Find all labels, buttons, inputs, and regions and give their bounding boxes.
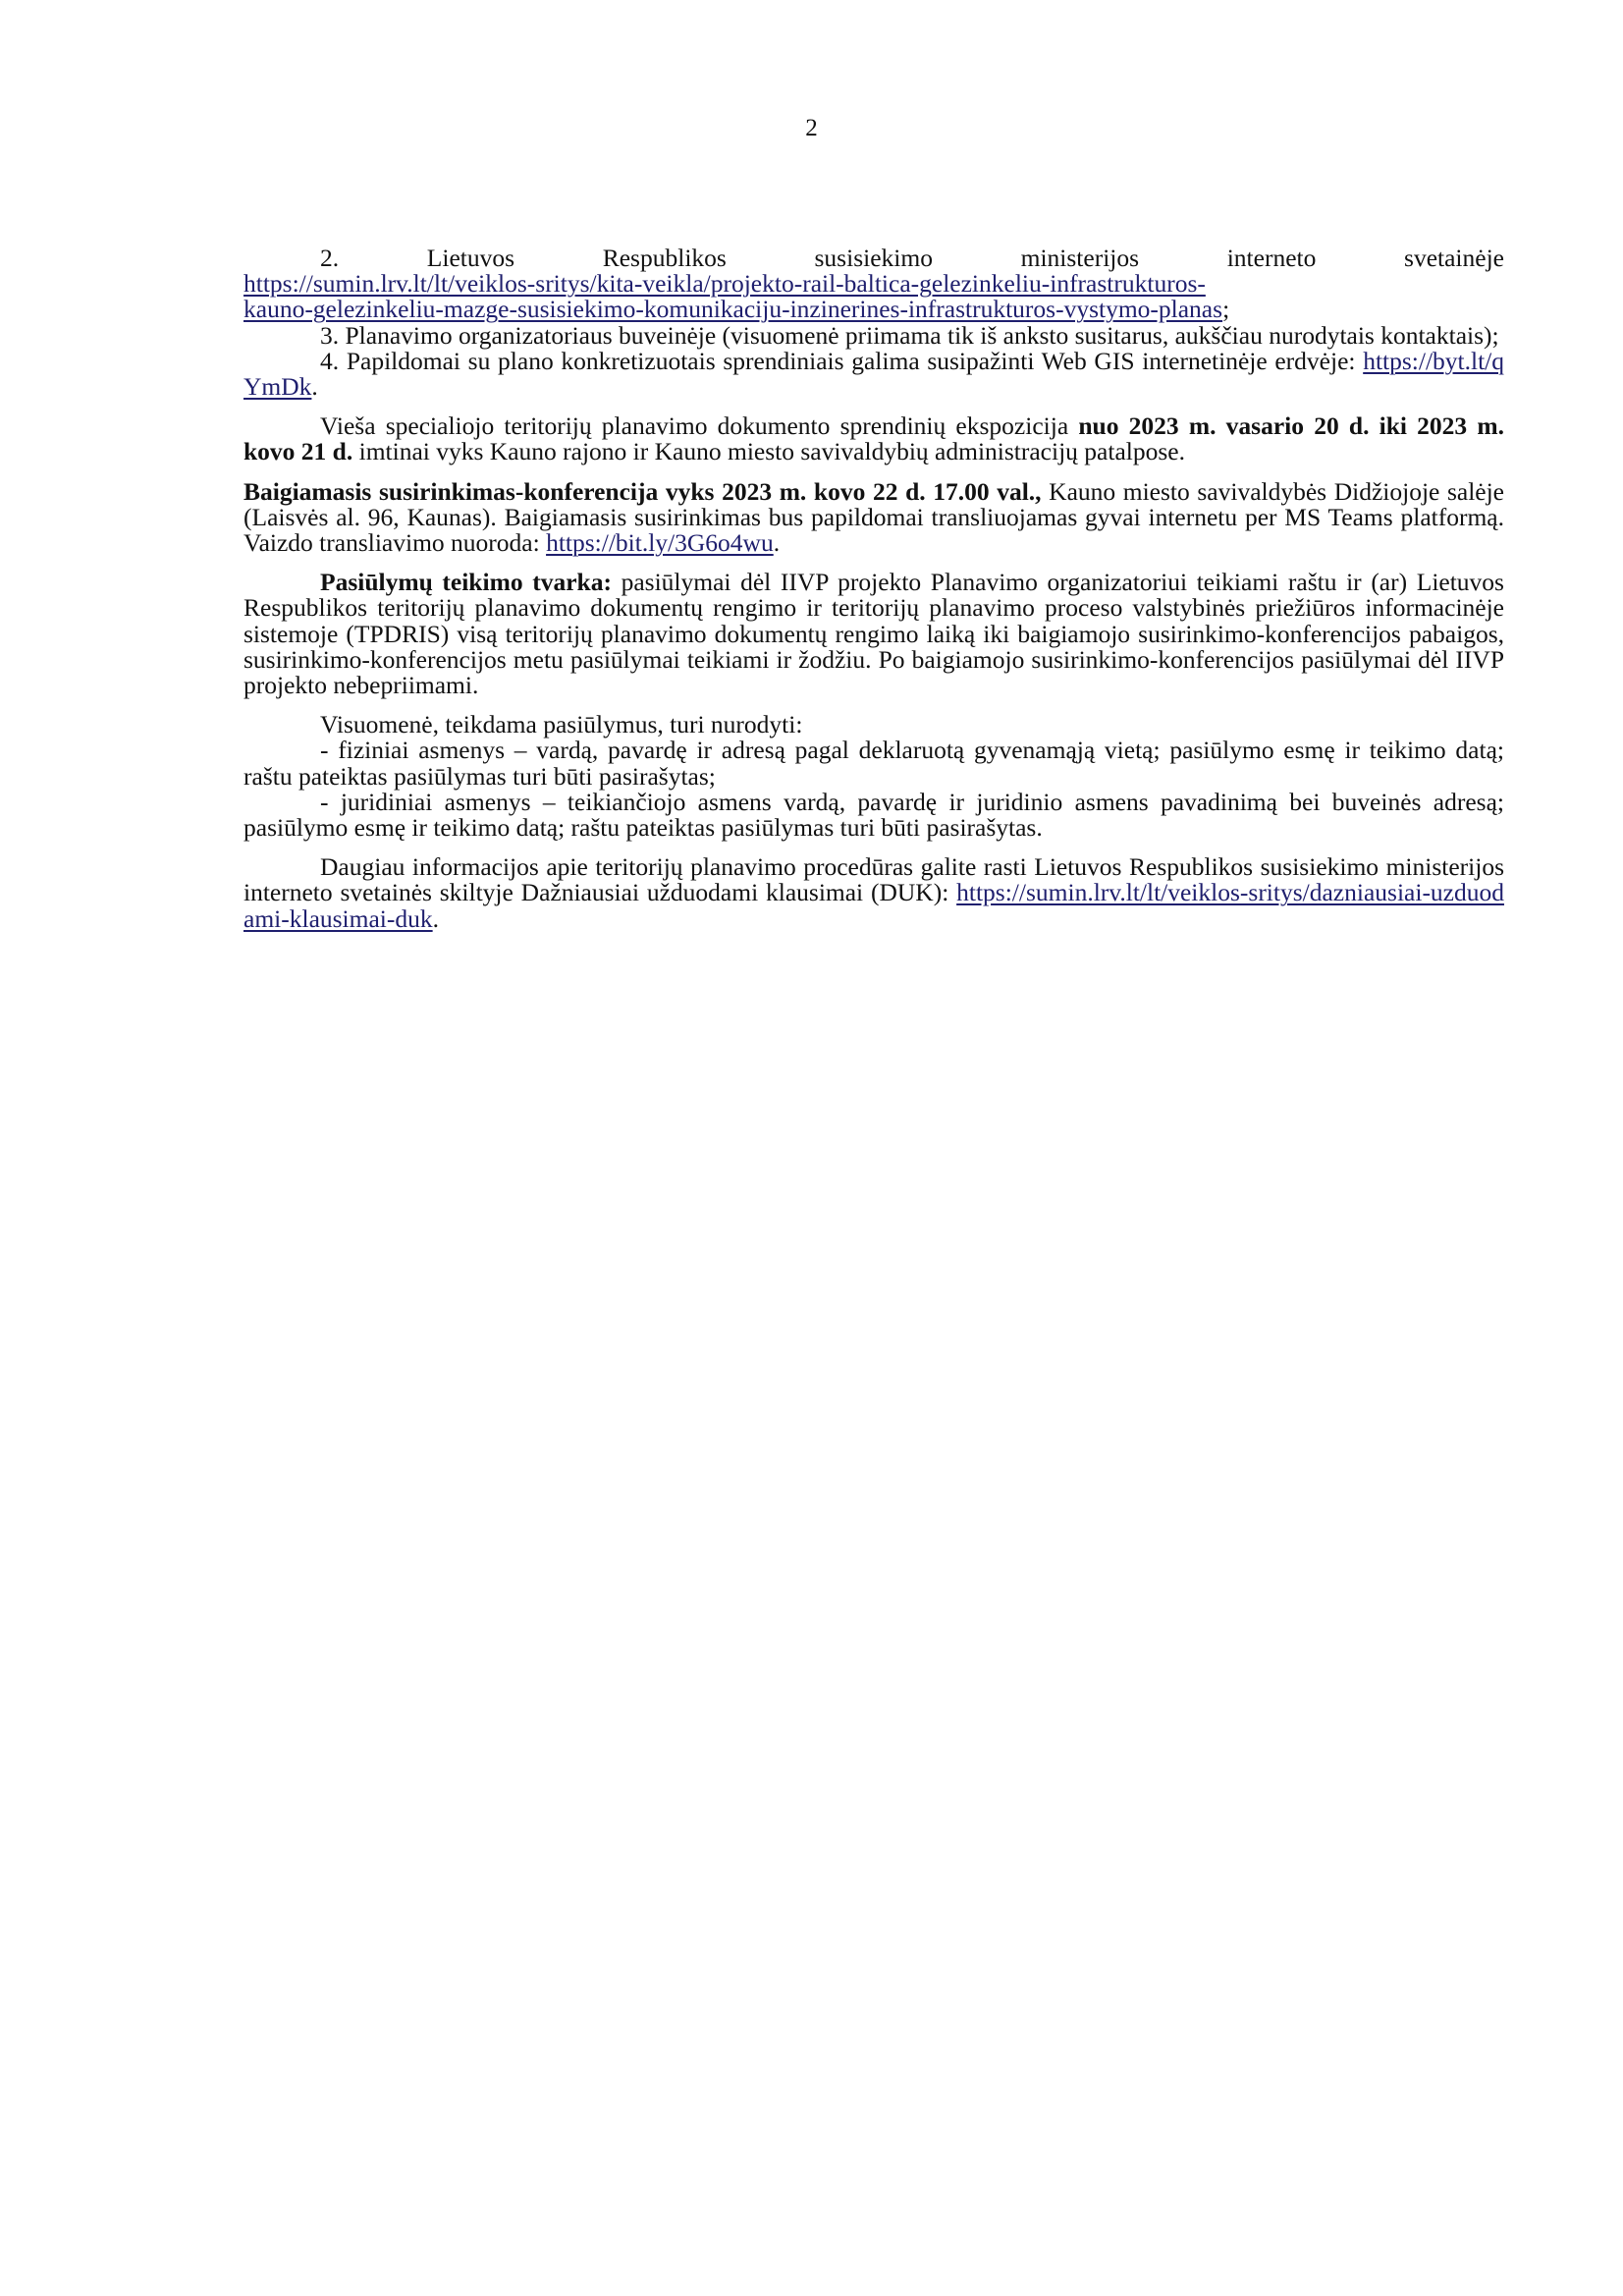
document-body: 2. Lietuvos Respublikos susisiekimo mini… bbox=[243, 246, 1504, 932]
list-item-2-suffix: ; bbox=[1222, 295, 1229, 323]
more-info-paragraph: Daugiau informacijos apie teritorijų pla… bbox=[243, 854, 1504, 932]
list-item-4-text: 4. Papildomai su plano konkretizuotais s… bbox=[320, 347, 1363, 375]
requirements-legal-entities: - juridiniai asmenys – teikiančiojo asme… bbox=[243, 790, 1504, 841]
list-item-4: 4. Papildomai su plano konkretizuotais s… bbox=[243, 349, 1504, 400]
list-item-4-suffix: . bbox=[311, 372, 317, 401]
requirements-individuals: - fiziniai asmenys – vardą, pavardę ir a… bbox=[243, 738, 1504, 789]
proposals-paragraph: Pasiūlymų teikimo tvarka: pasiūlymai dėl… bbox=[243, 570, 1504, 698]
requirements-intro: Visuomenė, teikdama pasiūlymus, turi nur… bbox=[243, 712, 1504, 738]
exposition-paragraph: Vieša specialiojo teritorijų planavimo d… bbox=[243, 413, 1504, 465]
ministry-project-link[interactable]: https://sumin.lrv.lt/lt/veiklos-sritys/k… bbox=[243, 269, 1222, 323]
proposals-heading: Pasiūlymų teikimo tvarka: bbox=[320, 568, 612, 596]
exposition-lead: Vieša specialiojo teritorijų planavimo d… bbox=[320, 411, 1078, 440]
list-item-2-text: 2. Lietuvos Respublikos susisiekimo mini… bbox=[243, 246, 1504, 271]
more-info-suffix: . bbox=[433, 904, 439, 933]
list-item-3: 3. Planavimo organizatoriaus buveinėje (… bbox=[243, 323, 1504, 349]
conference-suffix: . bbox=[774, 528, 780, 557]
conference-paragraph: Baigiamasis susirinkimas-konferencija vy… bbox=[243, 479, 1504, 557]
stream-link[interactable]: https://bit.ly/3G6o4wu bbox=[546, 528, 774, 557]
exposition-tail: imtinai vyks Kauno rajono ir Kauno miest… bbox=[352, 437, 1185, 465]
page-number: 2 bbox=[0, 114, 1623, 143]
conference-date: Baigiamasis susirinkimas-konferencija vy… bbox=[243, 477, 1042, 506]
list-item-2-link-paragraph: https://sumin.lrv.lt/lt/veiklos-sritys/k… bbox=[243, 271, 1504, 322]
ministry-project-link-line2: kauno-gelezinkeliu-mazge-susisiekimo-kom… bbox=[243, 295, 1222, 323]
ministry-project-link-line1: https://sumin.lrv.lt/lt/veiklos-sritys/k… bbox=[243, 269, 1206, 298]
